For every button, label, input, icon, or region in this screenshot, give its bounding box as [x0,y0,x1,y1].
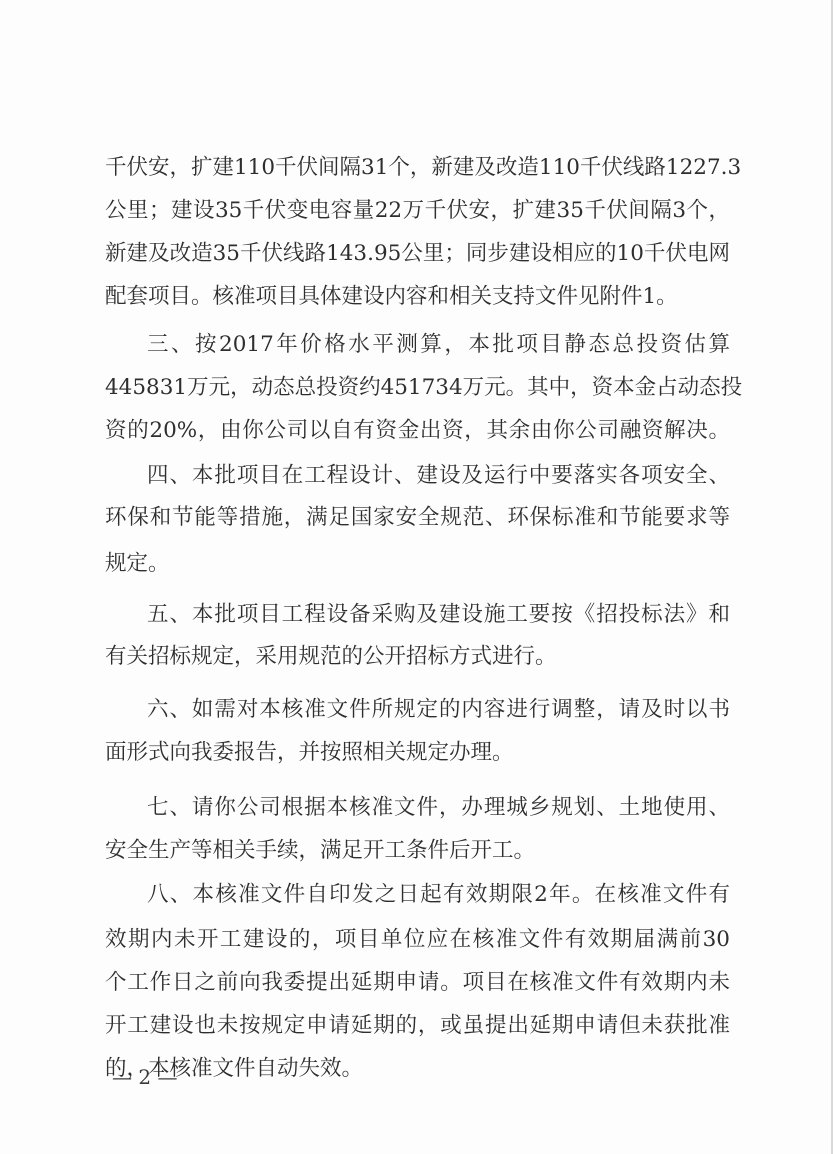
text-line: 资的20%，由你公司以自有资金出资，其余由你公司融资解决。 [105,415,730,447]
text-line: 效期内未开工建设的，项目单位应在核准文件有效期届满前30 [105,924,730,956]
text-line: 公里；建设35千伏变电容量22万千伏安，扩建35千伏间隔3个， [105,195,730,227]
text-line: 面形式向我委报告，并按照相关规定办理。 [105,737,730,769]
text-line: 七、请你公司根据本核准文件，办理城乡规划、土地使用、 [147,792,730,824]
text-line: 新建及改造35千伏线路143.95公里；同步建设相应的10千伏电网 [105,238,730,270]
page-number: — 2 — [112,1063,177,1091]
text-line: 三、按2017年价格水平测算，本批项目静态总投资估算 [147,329,730,361]
text-line: 个工作日之前向我委提出延期申请。项目在核准文件有效期内未 [105,967,730,999]
text-line: 六、如需对本核准文件所规定的内容进行调整，请及时以书 [147,694,730,726]
text-line: 445831万元，动态总投资约451734万元。其中，资本金占动态投 [105,372,730,404]
text-line: 规定。 [105,548,730,580]
text-line: 环保和节能等措施，满足国家安全规范、环保标准和节能要求等 [105,502,730,534]
text-line: 八、本核准文件自印发之日起有效期限2年。在核准文件有 [147,879,730,911]
text-line: 有关招标规定，采用规范的公开招标方式进行。 [105,641,730,673]
document-page: 千伏安，扩建110千伏间隔31个，新建及改造110千伏线路1227.3 公里；建… [0,0,833,1154]
text-line: 的，本核准文件自动失效。 [105,1053,730,1085]
text-line: 五、本批项目工程设备采购及建设施工要按《招投标法》和 [147,599,730,631]
text-line: 安全生产等相关手续，满足开工条件后开工。 [105,835,730,867]
text-line: 四、本批项目在工程设计、建设及运行中要落实各项安全、 [147,460,730,492]
text-line: 开工建设也未按规定申请延期的，或虽提出延期申请但未获批准 [105,1010,730,1042]
text-line: 千伏安，扩建110千伏间隔31个，新建及改造110千伏线路1227.3 [105,152,730,184]
text-line: 配套项目。核准项目具体建设内容和相关支持文件见附件1。 [105,281,730,313]
